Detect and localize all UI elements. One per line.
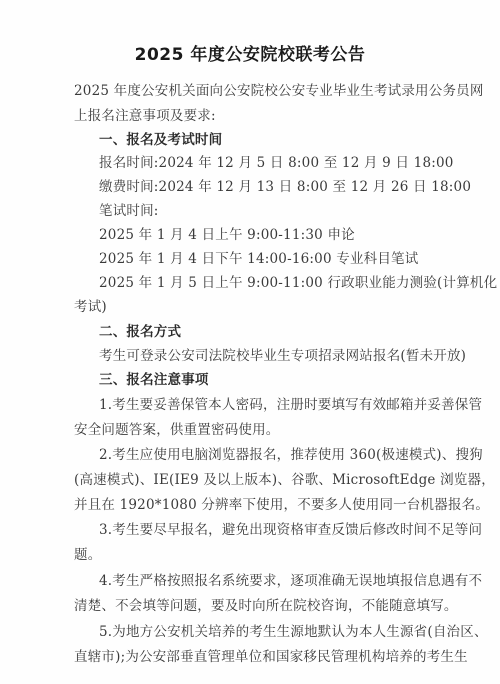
paragraph-line: 2025 年度公安机关面向公安院校公安专业毕业生考试录用公务员网	[74, 79, 484, 99]
paragraph-line: 并且在 1920*1080 分辨率下使用，不要多人使用同一台机器报名。	[74, 493, 489, 513]
document-title: 2025 年度公安院校联考公告	[0, 40, 500, 65]
paragraph-line: 3.考生要尽早报名，避免出现资格审查反馈后修改时间不足等问	[99, 518, 482, 538]
paragraph-line: 安全问题答案，供重置密码使用。	[74, 418, 280, 438]
paragraph-line: (高速模式)、IE(IE9 及以上版本)、谷歌、MicrosoftEdge 浏览…	[74, 468, 495, 488]
paragraph-line: 考生可登录公安司法院校毕业生专项招录网站报名(暂未开放)	[99, 344, 466, 364]
section-heading: 二、报名方式	[99, 320, 181, 340]
paragraph-line: 2025 年 1 月 4 日上午 9:00-11:30 申论	[99, 223, 355, 243]
paragraph-line: 缴费时间:2024 年 12 月 13 日 8:00 至 12 月 26 日 1…	[99, 175, 471, 195]
paragraph-line: 2025 年 1 月 5 日上午 9:00-11:00 行政职业能力测验(计算机…	[99, 271, 497, 291]
paragraph-line: 清楚、不会填等问题，要及时向所在院校咨询，不能随意填写。	[74, 594, 458, 614]
paragraph-line: 题。	[74, 543, 101, 563]
paragraph-line: 4.考生严格按照报名系统要求，逐项准确无误地填报信息遇有不	[99, 569, 482, 589]
paragraph-line: 1.考生要妥善保管本人密码，注册时要填写有效邮箱并妥善保管	[99, 393, 482, 413]
paragraph-line: 2025 年 1 月 4 日下午 14:00-16:00 专业科目笔试	[99, 247, 418, 267]
section-heading: 三、报名注意事项	[99, 368, 209, 388]
paragraph-line: 笔试时间:	[99, 199, 159, 219]
paragraph-line: 考试)	[74, 295, 107, 315]
section-heading: 一、报名及考试时间	[99, 128, 222, 148]
paragraph-line: 直辖市);为公安部垂直管理单位和国家移民管理机构培养的考生生	[74, 645, 468, 665]
paragraph-line: 5.为地方公安机关培养的考生生源地默认为本人生源省(自治区、	[99, 620, 488, 640]
paragraph-line: 报名时间:2024 年 12 月 5 日 8:00 至 12 月 9 日 18:…	[99, 151, 454, 171]
document-page: 2025 年度公安院校联考公告 2025 年度公安机关面向公安院校公安专业毕业生…	[0, 0, 500, 684]
paragraph-line: 2.考生应使用电脑浏览器报名，推荐使用 360(极速模式)、搜狗	[99, 443, 483, 463]
paragraph-line: 上报名注意事项及要求:	[74, 104, 216, 124]
